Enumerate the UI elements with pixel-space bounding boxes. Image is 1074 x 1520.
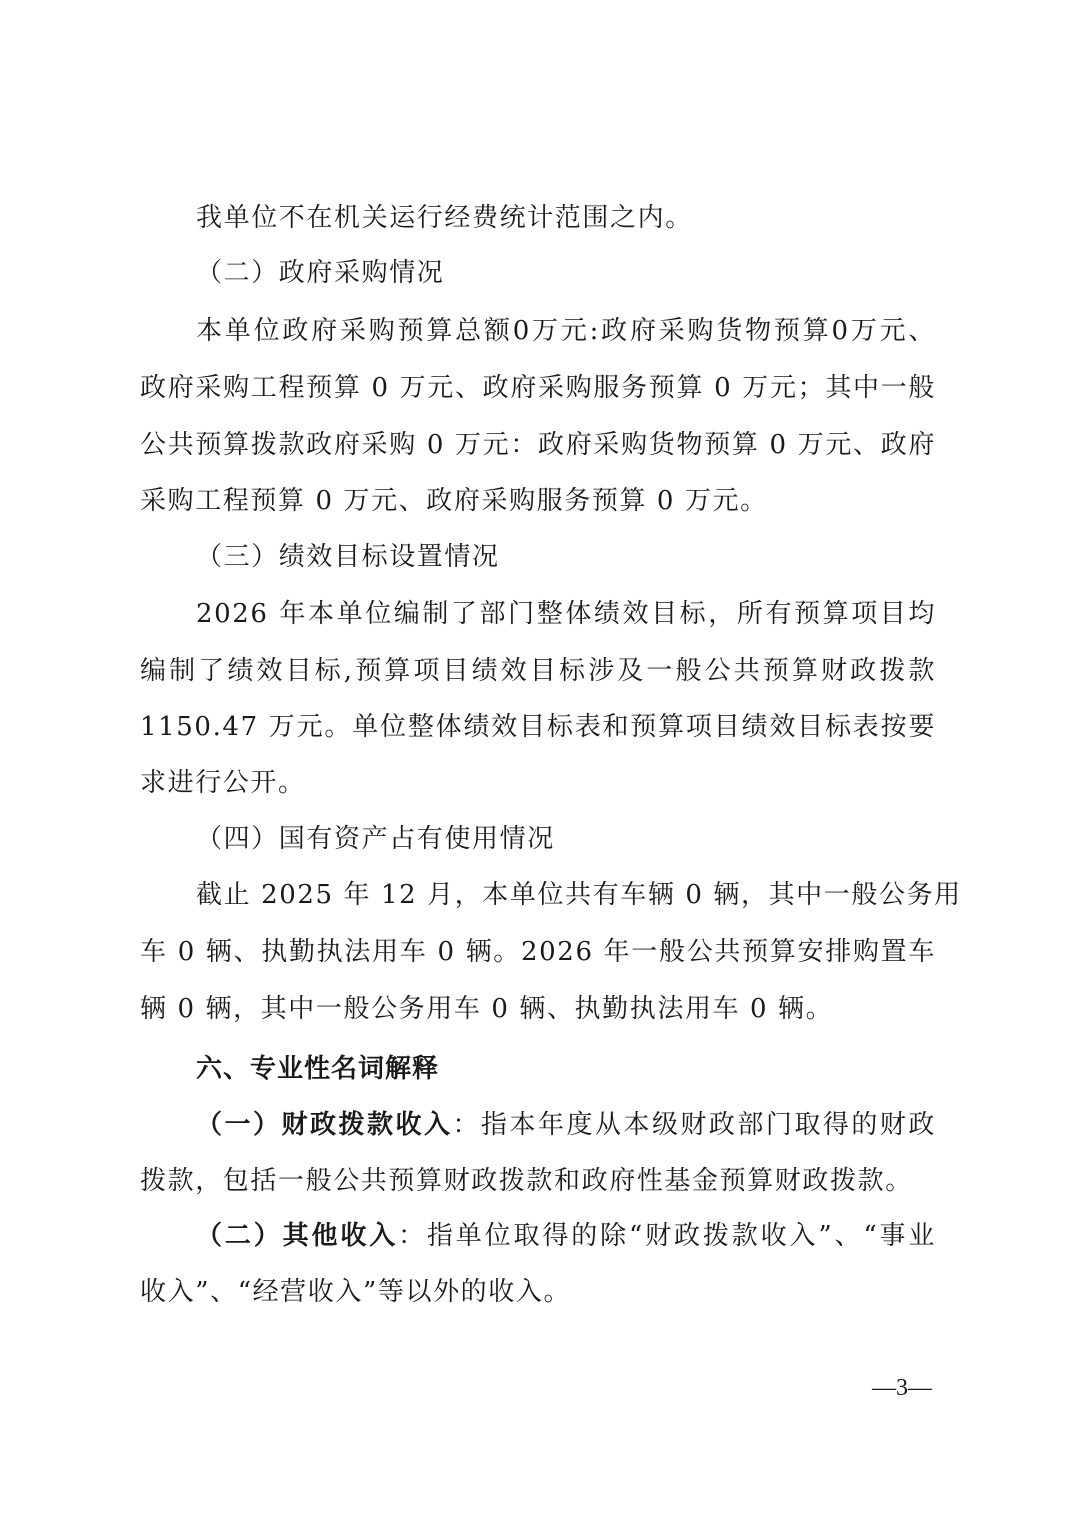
page-number: —3— xyxy=(872,1373,932,1403)
paragraph-line: 辆 0 辆，其中一般公务用车 0 辆、执勤执法用车 0 辆。 xyxy=(140,993,936,1025)
paragraph-line: 公共预算拨款政府采购 0 万元：政府采购货物预算 0 万元、政府 xyxy=(140,429,936,461)
paragraph-line: 本单位政府采购预算总额0万元:政府采购货物预算0万元、 xyxy=(196,315,936,347)
paragraph-line: 1150.47 万元。单位整体绩效目标表和预算项目绩效目标表按要 xyxy=(140,711,936,743)
paragraph-line: 收入”、“经营收入”等以外的收入。 xyxy=(140,1276,936,1308)
section-heading-government-procurement: （二）政府采购情况 xyxy=(196,257,936,289)
paragraph-line: 求进行公开。 xyxy=(140,767,936,799)
paragraph-line: 政府采购工程预算 0 万元、政府采购服务预算 0 万元；其中一般 xyxy=(140,372,936,404)
term-text: ：指单位取得的除“财政拨款收入”、“事业 xyxy=(398,1221,936,1251)
paragraph-line: 我单位不在机关运行经费统计范围之内。 xyxy=(196,202,936,234)
term-label: （二）其他收入 xyxy=(196,1221,398,1251)
section-heading-terminology: 六、专业性名词解释 xyxy=(196,1053,936,1085)
term-text: ：指本年度从本级财政部门取得的财政 xyxy=(452,1110,936,1140)
paragraph-line: 截止 2025 年 12 月，本单位共有车辆 0 辆，其中一般公务用 xyxy=(196,879,936,911)
paragraph-line: 拨款，包括一般公共预算财政拨款和政府性基金预算财政拨款。 xyxy=(140,1165,936,1197)
paragraph-line: 采购工程预算 0 万元、政府采购服务预算 0 万元。 xyxy=(140,485,936,517)
term-definition-line: （二）其他收入：指单位取得的除“财政拨款收入”、“事业 xyxy=(196,1220,936,1252)
paragraph-line: 车 0 辆、执勤执法用车 0 辆。2026 年一般公共预算安排购置车 xyxy=(140,936,936,968)
term-definition-line: （一）财政拨款收入：指本年度从本级财政部门取得的财政 xyxy=(196,1109,936,1141)
section-heading-performance-targets: （三）绩效目标设置情况 xyxy=(196,541,936,573)
paragraph-line: 2026 年本单位编制了部门整体绩效目标，所有预算项目均 xyxy=(196,598,936,630)
section-heading-state-assets: （四）国有资产占有使用情况 xyxy=(196,823,936,855)
paragraph-line: 编制了绩效目标,预算项目绩效目标涉及一般公共预算财政拨款 xyxy=(140,655,936,687)
term-label: （一）财政拨款收入 xyxy=(196,1110,452,1140)
